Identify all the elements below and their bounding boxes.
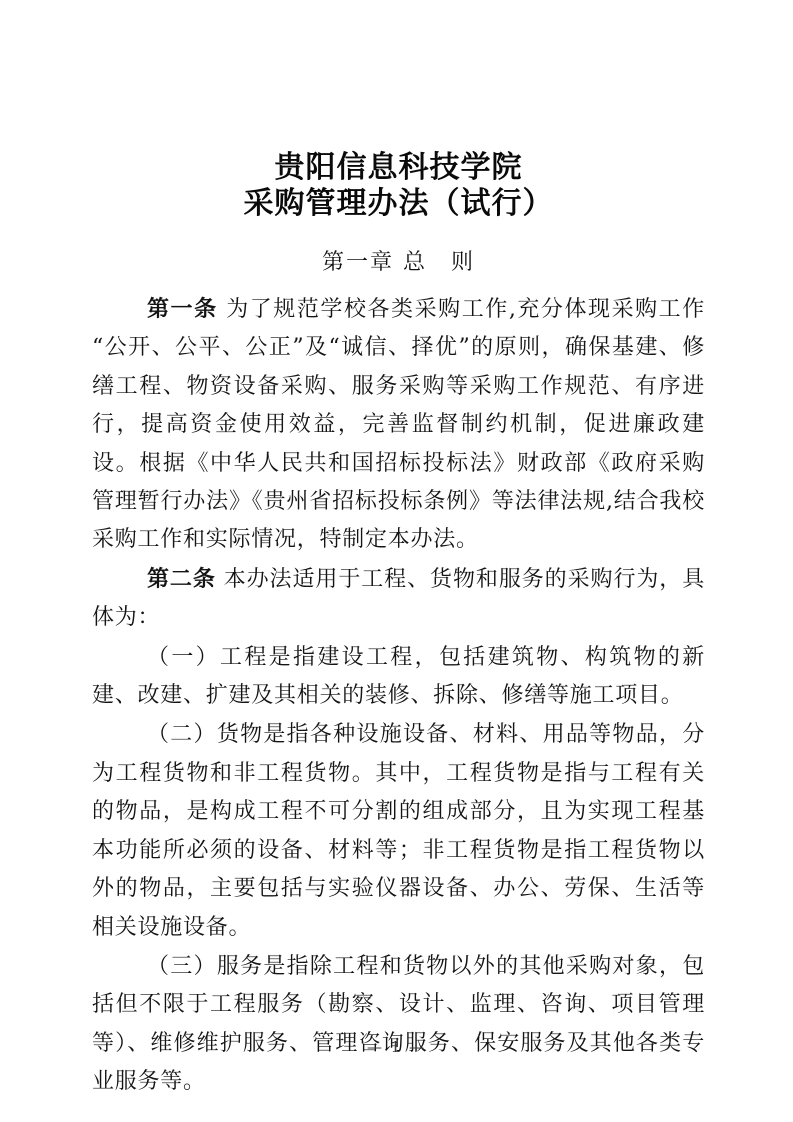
paragraph-article-2: 第二条 本办法适用于工程、货物和服务的采购行为，具体为： (92, 560, 705, 638)
document-title-line1: 贵阳信息科技学院 (92, 150, 705, 186)
paragraph-article-1: 第一条 为了规范学校各类采购工作,充分体现采购工作“公开、公平、公正”及“诚信、… (92, 290, 705, 560)
article-2-label: 第二条 (147, 566, 216, 592)
article-1-text: 为了规范学校各类采购工作,充分体现采购工作“公开、公平、公正”及“诚信、择优”的… (92, 297, 705, 552)
page-number: — 1 — (0, 1038, 793, 1056)
item-1-text: （一）工程是指建设工程，包括建筑物、构筑物的新建、改建、扩建及其相关的装修、拆除… (92, 645, 705, 708)
paragraph-item-1: （一）工程是指建设工程，包括建筑物、构筑物的新建、改建、扩建及其相关的装修、拆除… (92, 638, 705, 716)
document-title: 贵阳信息科技学院 采购管理办法（试行） (92, 150, 705, 222)
document-title-line2: 采购管理办法（试行） (92, 186, 705, 222)
paragraph-item-2: （二）货物是指各种设施设备、材料、用品等物品，分为工程货物和非工程货物。其中，工… (92, 715, 705, 946)
document-page: 贵阳信息科技学院 采购管理办法（试行） 第一章 总 则 第一条 为了规范学校各类… (0, 0, 793, 1122)
paragraph-item-3: （三）服务是指除工程和货物以外的其他采购对象，包括但不限于工程服务（勘察、设计、… (92, 947, 705, 1102)
document-body: 第一条 为了规范学校各类采购工作,充分体现采购工作“公开、公平、公正”及“诚信、… (92, 290, 705, 1102)
item-2-text: （二）货物是指各种设施设备、材料、用品等物品，分为工程货物和非工程货物。其中，工… (92, 722, 705, 939)
chapter-heading: 第一章 总 则 (92, 248, 705, 278)
item-3-text: （三）服务是指除工程和货物以外的其他采购对象，包括但不限于工程服务（勘察、设计、… (92, 954, 705, 1094)
article-1-label: 第一条 (147, 296, 218, 322)
